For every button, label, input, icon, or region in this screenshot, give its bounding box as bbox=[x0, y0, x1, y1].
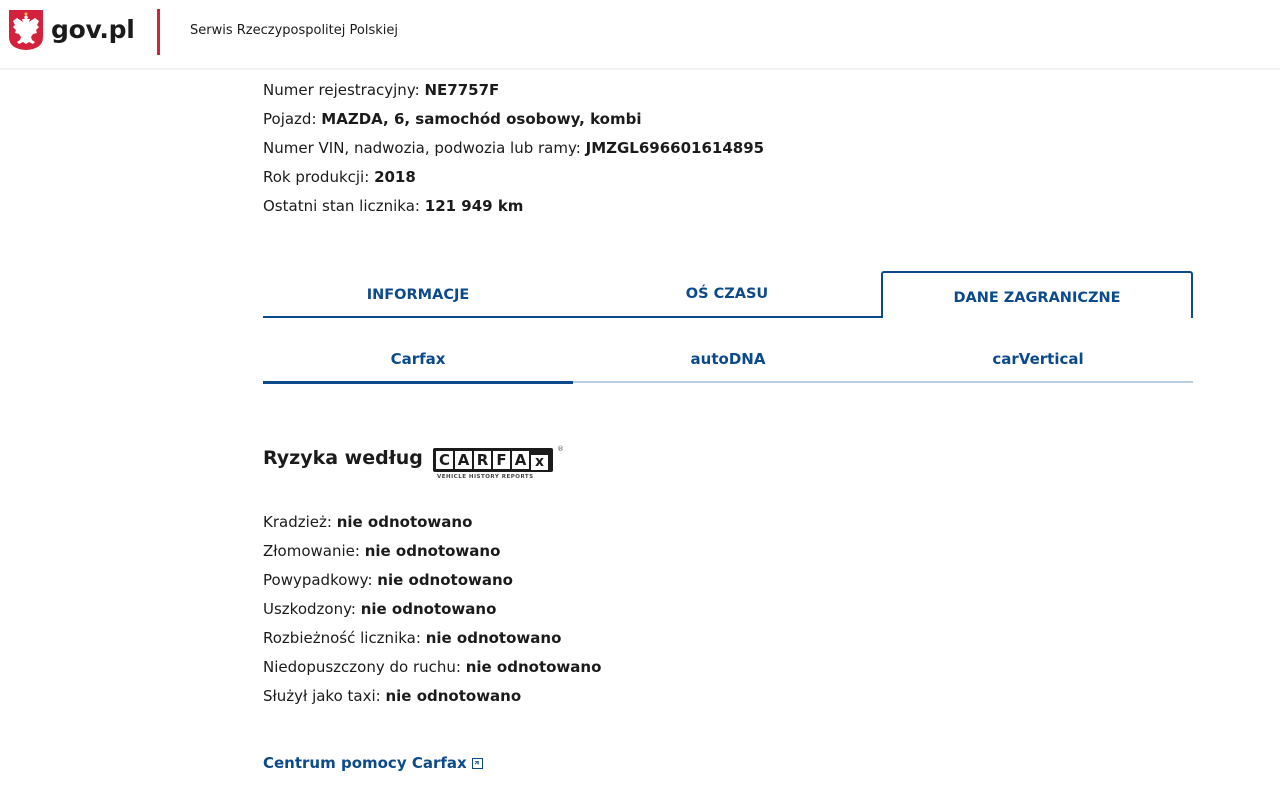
field-value: 121 949 km bbox=[425, 197, 524, 215]
carfax-letter: C bbox=[436, 451, 453, 469]
risk-value: nie odnotowano bbox=[377, 571, 513, 589]
carfax-letter: A bbox=[455, 451, 472, 469]
registered-mark: ® bbox=[557, 445, 564, 453]
risk-value: nie odnotowano bbox=[385, 687, 521, 705]
risk-item-damaged: Uszkodzony: nie odnotowano bbox=[263, 595, 601, 624]
risk-label: Kradzież: bbox=[263, 513, 332, 531]
carfax-logo: C A R F A x ® VEHICLE HISTORY REPORTS bbox=[433, 448, 568, 484]
field-value: 2018 bbox=[374, 168, 416, 186]
risk-item-not-roadworthy: Niedopuszczony do ruchu: nie odnotowano bbox=[263, 653, 601, 682]
risk-label: Złomowanie: bbox=[263, 542, 360, 560]
field-value: JMZGL696601614895 bbox=[586, 139, 765, 157]
field-label: Rok produkcji: bbox=[263, 168, 369, 186]
carfax-letter: F bbox=[493, 451, 510, 469]
risk-label: Powypadkowy: bbox=[263, 571, 373, 589]
tab-dane-zagraniczne[interactable]: DANE ZAGRANICZNE bbox=[881, 271, 1193, 318]
registration-number-row: Numer rejestracyjny: NE7757F bbox=[263, 76, 764, 105]
external-link-icon bbox=[472, 758, 483, 769]
odometer-row: Ostatni stan licznika: 121 949 km bbox=[263, 192, 764, 221]
carfax-tagline: VEHICLE HISTORY REPORTS bbox=[437, 474, 534, 480]
tab-os-czasu[interactable]: OŚ CZASU bbox=[573, 271, 881, 318]
carfax-letter: A bbox=[512, 451, 529, 469]
provider-tabs: Carfax autoDNA carVertical bbox=[263, 337, 1193, 384]
field-label: Pojazd: bbox=[263, 110, 317, 128]
risk-item-taxi: Służył jako taxi: nie odnotowano bbox=[263, 682, 601, 711]
risk-item-accident: Powypadkowy: nie odnotowano bbox=[263, 566, 601, 595]
header-divider bbox=[157, 9, 160, 55]
polish-eagle-emblem-icon bbox=[8, 9, 44, 51]
tab-carfax[interactable]: Carfax bbox=[263, 337, 573, 384]
risk-label: Służył jako taxi: bbox=[263, 687, 381, 705]
risk-value: nie odnotowano bbox=[426, 629, 562, 647]
risk-section-title: Ryzyka według bbox=[263, 447, 423, 469]
risk-value: nie odnotowano bbox=[337, 513, 473, 531]
field-label: Numer rejestracyjny: bbox=[263, 81, 420, 99]
production-year-row: Rok produkcji: 2018 bbox=[263, 163, 764, 192]
risk-label: Uszkodzony: bbox=[263, 600, 356, 618]
field-value: MAZDA, 6, samochód osobowy, kombi bbox=[321, 110, 641, 128]
carfax-wordmark: C A R F A x bbox=[433, 448, 553, 472]
vehicle-row: Pojazd: MAZDA, 6, samochód osobowy, komb… bbox=[263, 105, 764, 134]
field-label: Numer VIN, nadwozia, podwozia lub ramy: bbox=[263, 139, 581, 157]
tab-informacje[interactable]: INFORMACJE bbox=[263, 271, 573, 318]
vehicle-info: Numer rejestracyjny: NE7757F Pojazd: MAZ… bbox=[263, 76, 764, 221]
tab-autodna[interactable]: autoDNA bbox=[573, 337, 883, 383]
risk-value: nie odnotowano bbox=[466, 658, 602, 676]
carfax-letter: x bbox=[531, 455, 548, 470]
risk-value: nie odnotowano bbox=[361, 600, 497, 618]
field-value: NE7757F bbox=[424, 81, 499, 99]
risk-value: nie odnotowano bbox=[365, 542, 501, 560]
tab-carvertical[interactable]: carVertical bbox=[883, 337, 1193, 383]
logo-text: gov.pl bbox=[51, 9, 135, 51]
field-label: Ostatni stan licznika: bbox=[263, 197, 420, 215]
risk-list: Kradzież: nie odnotowano Złomowanie: nie… bbox=[263, 508, 601, 711]
carfax-help-link[interactable]: Centrum pomocy Carfax bbox=[263, 754, 483, 772]
risk-item-theft: Kradzież: nie odnotowano bbox=[263, 508, 601, 537]
help-link-label: Centrum pomocy Carfax bbox=[263, 754, 467, 772]
risk-item-scrapped: Złomowanie: nie odnotowano bbox=[263, 537, 601, 566]
risk-label: Rozbieżność licznika: bbox=[263, 629, 421, 647]
risk-label: Niedopuszczony do ruchu: bbox=[263, 658, 461, 676]
main-tabs: INFORMACJE OŚ CZASU DANE ZAGRANICZNE bbox=[263, 271, 1193, 318]
service-name: Serwis Rzeczypospolitej Polskiej bbox=[190, 23, 398, 38]
site-header: gov.pl Serwis Rzeczypospolitej Polskiej bbox=[0, 0, 1280, 70]
gov-pl-logo[interactable]: gov.pl bbox=[8, 9, 135, 51]
vin-row: Numer VIN, nadwozia, podwozia lub ramy: … bbox=[263, 134, 764, 163]
risk-item-odometer: Rozbieżność licznika: nie odnotowano bbox=[263, 624, 601, 653]
carfax-letter: R bbox=[474, 451, 491, 469]
